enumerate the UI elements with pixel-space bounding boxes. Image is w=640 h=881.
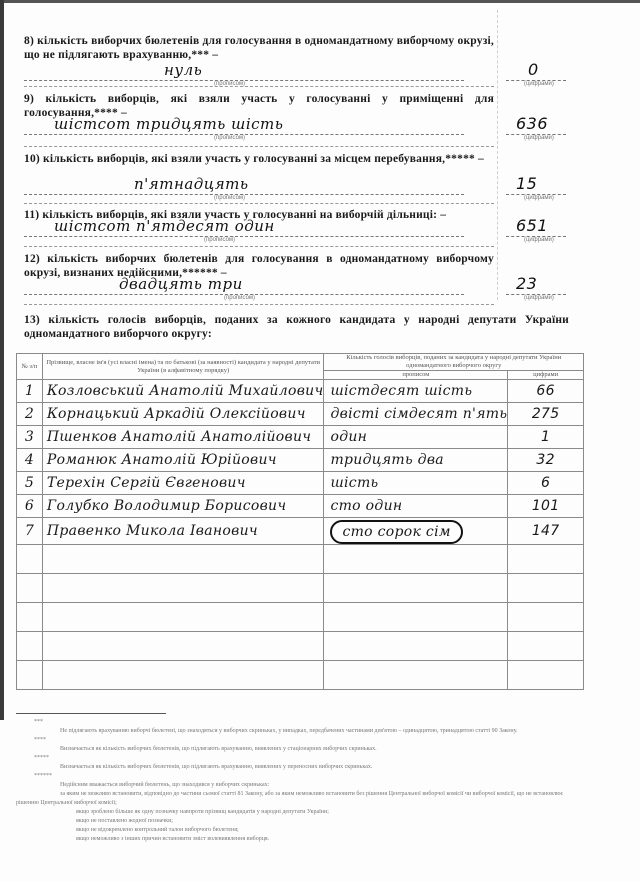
item-11: 11) кількість виборців, які взяли участь…	[24, 208, 494, 222]
item-11-words: шістсот п'ятдесят один	[54, 217, 275, 235]
in-digits-label: (цифрами)	[524, 295, 554, 301]
footnote-text: Недійсним вважається виборчий бюлетень, …	[16, 781, 576, 790]
item-8-digits-field: 0 (цифрами)	[506, 64, 566, 81]
table-row: 1Козловський Анатолій Михайловичшістдеся…	[17, 380, 584, 403]
empty-cell	[42, 545, 324, 574]
item-12-words-field: двадцять три (прописом)	[24, 278, 464, 295]
separator	[24, 146, 494, 147]
empty-cell	[324, 545, 508, 574]
row-number: 1	[17, 380, 43, 403]
empty-cell	[508, 632, 584, 661]
item-10-words: п'ятнадцять	[134, 175, 249, 193]
candidate-name: Терехін Сергій Євгенович	[42, 472, 324, 495]
empty-cell	[324, 661, 508, 690]
item-8-text: 8) кількість виборчих бюлетенів для голо…	[24, 34, 494, 62]
item-8-digits: 0	[528, 60, 539, 79]
scan-left-edge	[0, 0, 4, 720]
item-11-words-field: шістсот п'ятдесят один (прописом)	[24, 220, 464, 237]
header-words: прописом	[324, 371, 508, 380]
candidate-name: Правенко Микола Іванович	[42, 518, 324, 545]
candidates-table: № з/п Прізвище, власне ім'я (усі власні …	[16, 353, 584, 690]
item-11-digits-field: 651 (цифрами)	[506, 220, 566, 237]
in-words-label: (прописом)	[214, 195, 245, 201]
empty-cell	[42, 661, 324, 690]
empty-cell	[324, 632, 508, 661]
item-12: 12) кількість виборчих бюлетенів для гол…	[24, 252, 494, 280]
header-votes: Кількість голосів виборців, поданих за к…	[324, 354, 584, 371]
row-number: 4	[17, 449, 43, 472]
footnote-subitem: якщо неможливо з інших причин встановити…	[16, 835, 576, 844]
empty-table-row	[17, 574, 584, 603]
in-words-label: (прописом)	[214, 135, 245, 141]
section-13-title: 13) кількість голосів виборців, поданих …	[24, 313, 569, 341]
votes-in-digits: 66	[508, 380, 584, 403]
row-number: 5	[17, 472, 43, 495]
item-12-words: двадцять три	[119, 275, 243, 293]
footnote-subitem: якщо не відокремлено контрольний талон в…	[16, 826, 576, 835]
empty-cell	[42, 632, 324, 661]
empty-cell	[17, 661, 43, 690]
footnote-subitem: якщо зроблено більше як одну позначку на…	[16, 808, 576, 817]
header-no: № з/п	[17, 354, 43, 380]
votes-in-digits: 6	[508, 472, 584, 495]
footnotes: ***Не підлягають врахуванню виборчі бюле…	[16, 718, 576, 844]
item-10-text: 10) кількість виборців, які взяли участь…	[24, 152, 494, 166]
candidate-name: Корнацький Аркадій Олексійович	[42, 403, 324, 426]
footnote-mark: ***	[16, 718, 576, 727]
row-number: 2	[17, 403, 43, 426]
row-number: 3	[17, 426, 43, 449]
footnote-text: Визначається як кількість виборчих бюлет…	[16, 745, 576, 754]
item-12-digits: 23	[516, 274, 537, 293]
votes-in-words: шість	[324, 472, 508, 495]
empty-cell	[508, 545, 584, 574]
in-digits-label: (цифрами)	[524, 81, 554, 87]
footnote-text: Визначається як кількість виборчих бюлет…	[16, 763, 576, 772]
item-9-digits-field: 636 (цифрами)	[506, 118, 566, 135]
row-number: 7	[17, 518, 43, 545]
separator	[24, 304, 494, 305]
item-8-words: нуль	[164, 61, 202, 79]
item-8-words-field: нуль (прописом)	[24, 64, 464, 81]
empty-table-row	[17, 545, 584, 574]
item-12-digits-field: 23 (цифрами)	[506, 278, 566, 295]
table-row: 4Романюк Анатолій Юрійовичтридцять два32	[17, 449, 584, 472]
empty-cell	[17, 603, 43, 632]
section-13: 13) кількість голосів виборців, поданих …	[24, 313, 569, 341]
votes-in-words: двісті сімдесят п'ять	[324, 403, 508, 426]
empty-cell	[508, 603, 584, 632]
in-digits-label: (цифрами)	[524, 195, 554, 201]
empty-table-row	[17, 603, 584, 632]
separator	[24, 246, 494, 247]
candidate-name: Голубко Володимир Борисович	[42, 495, 324, 518]
votes-in-digits: 275	[508, 403, 584, 426]
footnote-text: Не підлягають врахуванню виборчі бюлетен…	[16, 727, 576, 736]
footnote-rule	[16, 713, 166, 714]
candidate-name: Романюк Анатолій Юрійович	[42, 449, 324, 472]
votes-in-digits: 32	[508, 449, 584, 472]
empty-table-row	[17, 661, 584, 690]
votes-in-digits: 1	[508, 426, 584, 449]
item-10-digits-field: 15 (цифрами)	[506, 178, 566, 195]
empty-cell	[42, 574, 324, 603]
footnote-subitem: якщо не поставлено жодної позначки;	[16, 817, 576, 826]
item-9: 9) кількість виборців, які взяли участь …	[24, 92, 494, 120]
item-8: 8) кількість виборчих бюлетенів для голо…	[24, 34, 494, 62]
header-digits: цифрами	[508, 371, 584, 380]
item-9-digits: 636	[516, 114, 548, 133]
table-row: 3Пшенков Анатолій Анатолійовичодин1	[17, 426, 584, 449]
empty-cell	[508, 574, 584, 603]
footnote-subitem: за яким не можливо встановити, відповідн…	[16, 790, 576, 808]
in-words-label: (прописом)	[224, 295, 255, 301]
votes-in-digits: 147	[508, 518, 584, 545]
votes-in-words: шістдесят шість	[324, 380, 508, 403]
footnote-mark: ****	[16, 736, 576, 745]
votes-in-words: сто сорок сім	[324, 518, 508, 545]
in-digits-label: (цифрами)	[524, 135, 554, 141]
votes-in-words: сто один	[324, 495, 508, 518]
circled-annotation: сто сорок сім	[330, 520, 462, 544]
empty-cell	[17, 545, 43, 574]
table-row: 2Корнацький Аркадій Олексійовичдвісті сі…	[17, 403, 584, 426]
empty-cell	[324, 603, 508, 632]
empty-table-row	[17, 632, 584, 661]
header-name: Прізвище, власне ім'я (усі власні імена)…	[42, 354, 324, 380]
in-digits-label: (цифрами)	[524, 237, 554, 243]
votes-in-words: тридцять два	[324, 449, 508, 472]
candidate-name: Пшенков Анатолій Анатолійович	[42, 426, 324, 449]
votes-in-digits: 101	[508, 495, 584, 518]
table-row: 7Правенко Микола Івановичсто сорок сім14…	[17, 518, 584, 545]
empty-cell	[17, 632, 43, 661]
footnote-mark: *****	[16, 754, 576, 763]
footnote-mark: ******	[16, 772, 576, 781]
table-row: 5Терехін Сергій Євгеновичшість6	[17, 472, 584, 495]
item-10-words-field: п'ятнадцять (прописом)	[24, 178, 464, 195]
empty-cell	[17, 574, 43, 603]
item-9-words: шістсот тридцять шість	[54, 115, 283, 133]
item-10: 10) кількість виборців, які взяли участь…	[24, 152, 494, 166]
empty-cell	[508, 661, 584, 690]
item-11-digits: 651	[516, 216, 548, 235]
empty-cell	[324, 574, 508, 603]
table-row: 6Голубко Володимир Борисовичсто один101	[17, 495, 584, 518]
separator	[24, 203, 494, 204]
votes-in-words: один	[324, 426, 508, 449]
in-words-label: (прописом)	[204, 237, 235, 243]
margin-rule	[497, 10, 499, 300]
item-12-text: 12) кількість виборчих бюлетенів для гол…	[24, 252, 494, 280]
separator	[24, 86, 494, 87]
row-number: 6	[17, 495, 43, 518]
item-9-words-field: шістсот тридцять шість (прописом)	[24, 118, 464, 135]
candidate-name: Козловський Анатолій Михайлович	[42, 380, 324, 403]
scan-top-edge	[0, 0, 640, 3]
empty-cell	[42, 603, 324, 632]
item-10-digits: 15	[516, 174, 537, 193]
